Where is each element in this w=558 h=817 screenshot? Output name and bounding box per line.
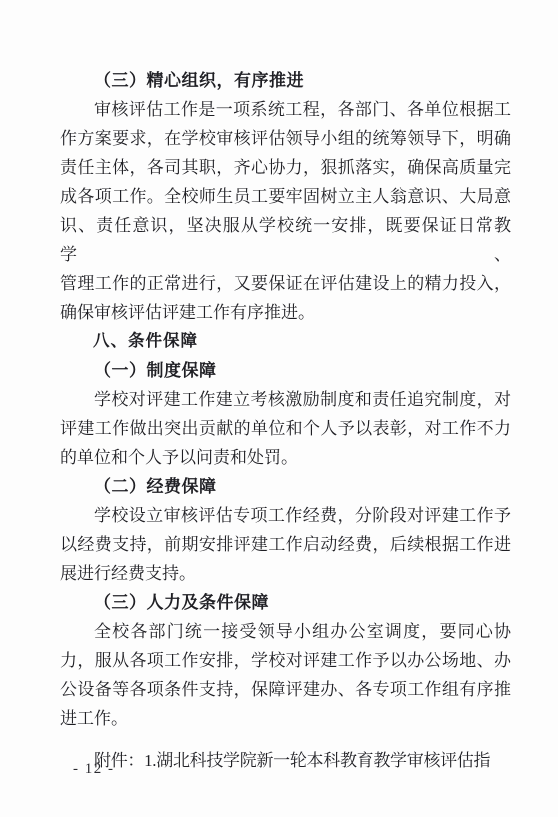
paragraph-line: 评建工作做出突出贡献的单位和个人予以表彰，对工作不力	[60, 414, 511, 443]
sub-heading: （三）人力及条件保障	[60, 588, 511, 617]
page-number: - 12 -	[73, 761, 115, 778]
paragraph-line: 审核评估工作是一项系统工程，各部门、各单位根据工	[60, 95, 511, 124]
paragraph-line: 学校对评建工作建立考核激励制度和责任追究制度，对	[60, 385, 511, 414]
sub-heading: （二）经费保障	[60, 472, 511, 501]
paragraph-line: 责任主体，各司其职，齐心协力，狠抓落实，确保高质量完	[60, 153, 511, 182]
sub-heading: （三）精心组织，有序推进	[60, 66, 511, 95]
paragraph-line: 进工作。	[60, 704, 511, 733]
paragraph-line: 全校各部门统一接受领导小组办公室调度，要同心协	[60, 617, 511, 646]
document-page: （三）精心组织，有序推进审核评估工作是一项系统工程，各部门、各单位根据工作方案要…	[0, 0, 558, 817]
document-body: （三）精心组织，有序推进审核评估工作是一项系统工程，各部门、各单位根据工作方案要…	[60, 66, 511, 775]
section-heading: 八、条件保障	[60, 327, 511, 356]
paragraph-line: 学校设立审核评估专项工作经费，分阶段对评建工作予	[60, 501, 511, 530]
attachment-line: 附件：1.湖北科技学院新一轮本科教育教学审核评估指	[60, 746, 511, 775]
sub-heading: （一）制度保障	[60, 356, 511, 385]
paragraph-line: 管理工作的正常进行，又要保证在评估建设上的精力投入，	[60, 269, 511, 298]
paragraph-line: 展进行经费支持。	[60, 559, 511, 588]
paragraph-line: 以经费支持，前期安排评建工作启动经费，后续根据工作进	[60, 530, 511, 559]
paragraph-line: 确保审核评估评建工作有序推进。	[60, 298, 511, 327]
paragraph-line: 力，服从各项工作安排，学校对评建工作予以办公场地、办	[60, 646, 511, 675]
paragraph-line: 公设备等各项条件支持，保障评建办、各专项工作组有序推	[60, 675, 511, 704]
paragraph-line: 识、责任意识，坚决服从学校统一安排，既要保证日常教学、	[60, 211, 511, 269]
paragraph-line: 的单位和个人予以问责和处罚。	[60, 443, 511, 472]
paragraph-line: 作方案要求，在学校审核评估领导小组的统筹领导下，明确	[60, 124, 511, 153]
paragraph-line: 成各项工作。全校师生员工要牢固树立主人翁意识、大局意	[60, 182, 511, 211]
